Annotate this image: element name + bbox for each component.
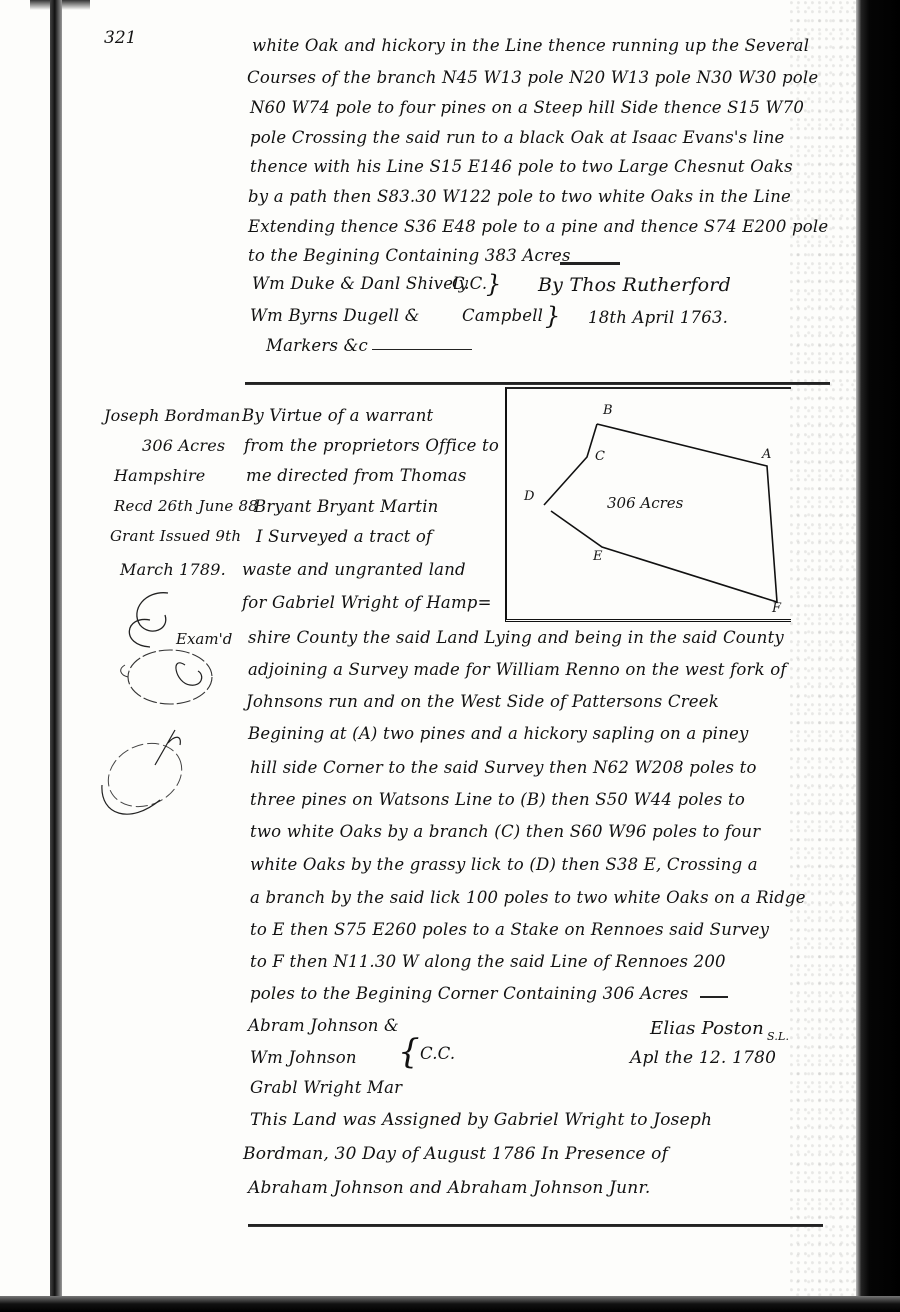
surveyor-suffix: S.L. xyxy=(767,1030,789,1043)
plat-acres-label: 306 Acres xyxy=(607,494,683,512)
margin-county: Hampshire xyxy=(114,466,205,485)
entry1-line: Courses of the branch N45 W13 pole N20 W… xyxy=(247,68,818,87)
markers-line xyxy=(372,349,472,350)
margin-received: Recd 26th June 88 xyxy=(114,497,258,515)
bottom-divider xyxy=(248,1224,823,1227)
entry2-line: Begining at (A) two pines and a hickory … xyxy=(248,724,748,743)
entry2-line: adjoining a Survey made for William Renn… xyxy=(248,660,787,679)
margin-acres: 306 Acres xyxy=(142,436,225,455)
entry1-line: by a path then S83.30 W122 pole to two w… xyxy=(248,187,791,206)
document-page: 321 white Oak and hickory in the Line th… xyxy=(0,0,900,1312)
margin-name: Joseph Bordman xyxy=(104,406,240,425)
entry1-line: white Oak and hickory in the Line thence… xyxy=(252,36,809,55)
margin-grant-date: March 1789. xyxy=(120,560,226,579)
entry1-line: N60 W74 pole to four pines on a Steep hi… xyxy=(250,98,804,117)
entry1-line: thence with his Line S15 E146 pole to tw… xyxy=(250,157,793,176)
flourish-line xyxy=(560,262,620,265)
survey-date: Apl the 12. 1780 xyxy=(630,1048,776,1068)
corner-a-label: A xyxy=(762,447,771,462)
surveyor: By Thos Rutherford xyxy=(538,274,731,296)
entry1-line: to the Begining Containing 383 Acres xyxy=(248,246,571,265)
signature-flourish xyxy=(90,585,270,845)
chain-carriers-abbr: C.C. xyxy=(420,1044,455,1063)
entry2-line: shire County the said Land Lying and bei… xyxy=(248,628,784,647)
brace: } xyxy=(545,302,560,330)
binding-gutter xyxy=(50,0,62,1312)
entry2-line: Bryant Bryant Martin xyxy=(254,497,439,516)
entry1-line: pole Crossing the said run to a black Oa… xyxy=(250,128,785,147)
entry2-line: waste and ungranted land xyxy=(242,560,466,579)
chain-carriers-2: Wm Byrns Dugell & xyxy=(250,306,420,325)
corner-b-label: B xyxy=(603,403,613,418)
brace: { xyxy=(398,1032,420,1072)
page-speckle xyxy=(790,0,860,1312)
entry2-line: a branch by the said lick 100 poles to t… xyxy=(250,888,806,907)
page-right-edge xyxy=(856,0,900,1312)
entry2-line: to F then N11.30 W along the said Line o… xyxy=(250,952,726,971)
assignment-line: Bordman, 30 Day of August 1786 In Presen… xyxy=(243,1144,668,1164)
chain-carriers: Wm Duke & Danl Shively xyxy=(252,274,468,293)
entry2-line: from the proprietors Office to xyxy=(244,436,499,455)
brace: } xyxy=(486,270,501,298)
section-divider xyxy=(245,382,830,385)
marker: Grabl Wright Mar xyxy=(250,1078,402,1097)
entry2-line: I Surveyed a tract of xyxy=(256,527,432,546)
campbell: Campbell xyxy=(462,306,543,325)
corner-d-label: D xyxy=(524,489,534,504)
entry2-line: poles to the Begining Corner Containing … xyxy=(250,984,688,1003)
chain-carriers-abbr: C.C. xyxy=(452,274,487,293)
chain-carriers-2: Wm Johnson xyxy=(250,1048,357,1067)
surveyor: Elias Poston xyxy=(650,1018,764,1039)
assignment-line: Abraham Johnson and Abraham Johnson Junr… xyxy=(248,1178,651,1198)
plat-diagram: B A C D E F 306 Acres xyxy=(505,387,791,622)
entry2-line: By Virtue of a warrant xyxy=(242,406,433,425)
entry2-line: hill side Corner to the said Survey then… xyxy=(250,758,757,777)
flourish-line xyxy=(700,996,728,998)
corner-e-label: E xyxy=(593,549,603,564)
survey-date: 18th April 1763. xyxy=(588,308,728,327)
markers: Markers &c xyxy=(266,336,368,355)
entry2-line: two white Oaks by a branch (C) then S60 … xyxy=(250,822,760,841)
page-number: 321 xyxy=(104,28,136,48)
entry1-line: Extending thence S36 E48 pole to a pine … xyxy=(248,217,828,236)
entry2-line: Johnsons run and on the West Side of Pat… xyxy=(246,692,719,711)
entry2-line: for Gabriel Wright of Hamp= xyxy=(242,593,492,612)
chain-carriers-1: Abram Johnson & xyxy=(248,1016,399,1035)
corner-c-label: C xyxy=(595,449,605,464)
entry2-line: to E then S75 E260 poles to a Stake on R… xyxy=(250,920,769,939)
entry2-line: three pines on Watsons Line to (B) then … xyxy=(250,790,745,809)
assignment-line: This Land was Assigned by Gabriel Wright… xyxy=(250,1110,712,1130)
entry2-line: white Oaks by the grassy lick to (D) the… xyxy=(250,855,758,874)
margin-grant-issued: Grant Issued 9th xyxy=(110,527,241,545)
entry2-line: me directed from Thomas xyxy=(246,466,467,485)
corner-f-label: F xyxy=(772,601,781,616)
page-bottom-edge xyxy=(0,1296,900,1312)
